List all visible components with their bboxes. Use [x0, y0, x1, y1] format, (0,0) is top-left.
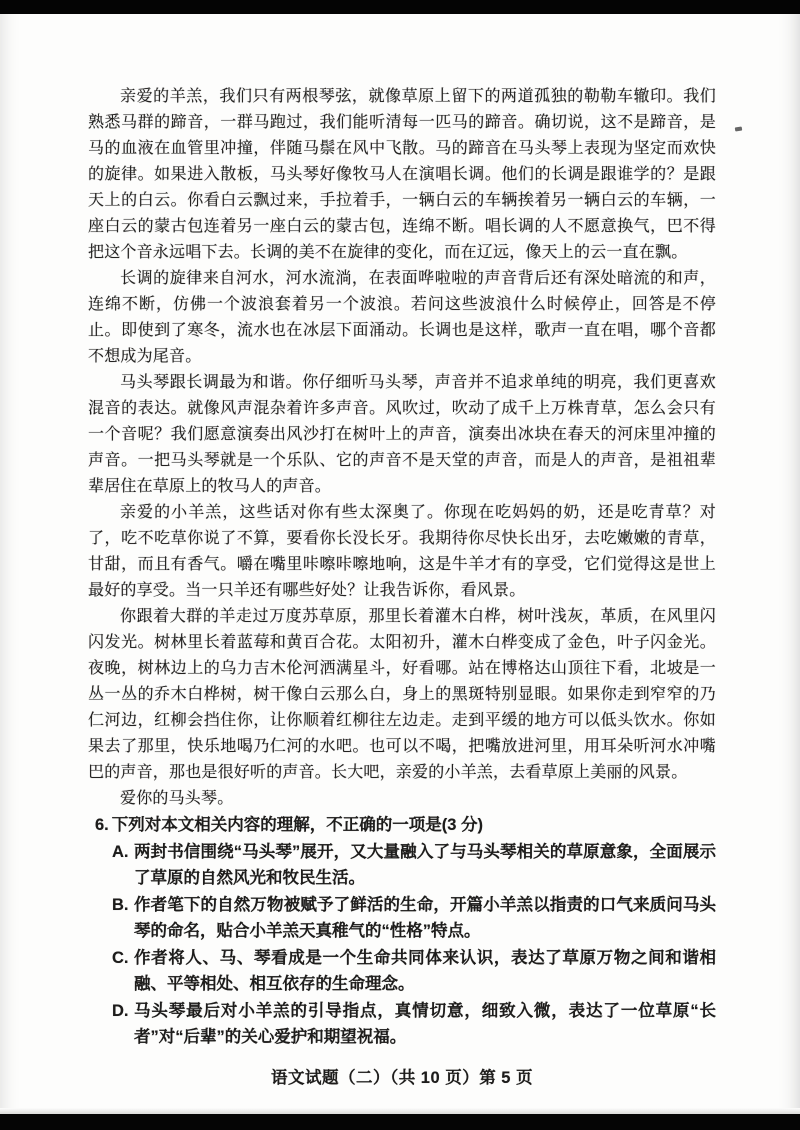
scan-artifact-mark: [735, 127, 742, 132]
page-content: 亲爱的羊羔，我们只有两根琴弦，就像草原上留下的两道孤独的勒勒车辙印。我们熟悉马群…: [88, 84, 716, 1088]
option-a-text: 两封书信围绕“马头琴”展开，又大量融入了与马头琴相关的草原意象，全面展示了草原的…: [134, 843, 716, 888]
option-a-label: A.: [112, 839, 129, 866]
option-d-text: 马头琴最后对小羊羔的引导指点，真情切意，细致入微，表达了一位草原“长者”对“后辈…: [134, 1002, 716, 1047]
scan-bottom-black-bar: [0, 1114, 800, 1130]
option-d-label: D.: [112, 998, 129, 1025]
scanned-exam-page: 亲爱的羊羔，我们只有两根琴弦，就像草原上留下的两道孤独的勒勒车辙印。我们熟悉马群…: [0, 0, 800, 1130]
scan-top-black-bar: [0, 0, 800, 14]
page-footer: 语文试题（二）（共 10 页）第 5 页: [88, 1064, 716, 1088]
question-number: 6.: [95, 816, 109, 834]
passage-paragraph-4: 亲爱的小羊羔，这些话对你有些太深奥了。你现在吃妈妈的奶，还是吃青草？对了，吃不吃…: [88, 500, 716, 604]
passage-paragraph-2: 长调的旋律来自河水，河水流淌，在表面哗啦啦的声音背后还有深处暗流的和声，连绵不断…: [88, 266, 716, 370]
option-c-label: C.: [112, 945, 129, 972]
passage-paragraph-1: 亲爱的羊羔，我们只有两根琴弦，就像草原上留下的两道孤独的勒勒车辙印。我们熟悉马群…: [88, 84, 716, 266]
question-option-d: D. 马头琴最后对小羊羔的引导指点，真情切意，细致入微，表达了一位草原“长者”对…: [88, 998, 716, 1051]
question-stem-text: 下列对本文相关内容的理解，不正确的一项是(3 分): [112, 816, 483, 834]
option-b-text: 作者笔下的自然万物被赋予了鲜活的生命，开篇小羊羔以指责的口气来质问马头琴的命名，…: [134, 896, 716, 941]
passage-paragraph-5: 你跟着大群的羊走过万度苏草原，那里长着灌木白桦，树叶浅灰，革质，在风里闪闪发光。…: [88, 604, 716, 786]
passage-signature: 爱你的马头琴。: [88, 786, 716, 812]
option-b-label: B.: [112, 892, 129, 919]
question-option-a: A. 两封书信围绕“马头琴”展开，又大量融入了与马头琴相关的草原意象，全面展示了…: [88, 839, 716, 892]
question-option-b: B. 作者笔下的自然万物被赋予了鲜活的生命，开篇小羊羔以指责的口气来质问马头琴的…: [88, 892, 716, 945]
question-stem: 6.下列对本文相关内容的理解，不正确的一项是(3 分): [88, 812, 716, 839]
question-option-c: C. 作者将人、马、琴看成是一个生命共同体来认识，表达了草原万物之间和谐相融、平…: [88, 945, 716, 998]
question-6: 6.下列对本文相关内容的理解，不正确的一项是(3 分) A. 两封书信围绕“马头…: [88, 812, 716, 1051]
passage-paragraph-3: 马头琴跟长调最为和谐。你仔细听马头琴，声音并不追求单纯的明亮，我们更喜欢混音的表…: [88, 370, 716, 500]
option-c-text: 作者将人、马、琴看成是一个生命共同体来认识，表达了草原万物之间和谐相融、平等相处…: [134, 949, 716, 994]
